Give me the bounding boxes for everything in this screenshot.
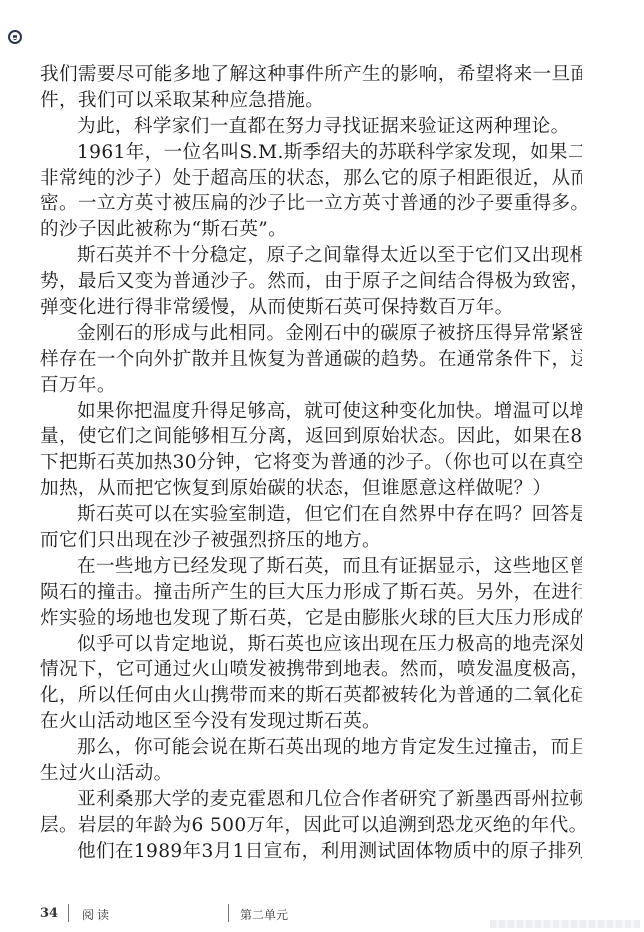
smiley-face-icon — [8, 30, 22, 44]
text-line: 量，使它们之间能够相互分离，返回到原始状态。因此，如果在850℃的温度 — [40, 424, 582, 450]
watermark-strip — [490, 920, 640, 928]
paragraph: 如果你把温度升得足够高，就可使这种变化加快。增温可以增加原子的能量，使它们之间能… — [40, 399, 582, 503]
paragraph: 1961年，一位名叫S.M.斯季绍夫的苏联科学家发现，如果二氧化硅（即非常纯的沙… — [40, 140, 582, 244]
page-number: 34 — [40, 906, 58, 921]
text-line: 生过火山活动。 — [40, 761, 582, 787]
footer-divider — [68, 904, 69, 922]
text-line: 而它们只出现在沙子被强烈挤压的地方。 — [40, 528, 582, 554]
text-line: 非常纯的沙子）处于超高压的状态，那么它的原子相距很近，从而变得极为致 — [40, 166, 582, 192]
text-line: 化，所以任何由火山携带而来的斯石英都被转化为普通的二氧化硅。事实上， — [40, 683, 582, 709]
paragraph: 我们需要尽可能多地了解这种事件所产生的影响，希望将来一旦面临这种事件，我们可以采… — [40, 62, 582, 114]
text-line: 在火山活动地区至今没有发现过斯石英。 — [40, 709, 582, 735]
text-line: 斯石英可以在实验室制造，但它们在自然界中存在吗？回答是肯定的。然 — [40, 502, 582, 528]
smiley-mouth — [13, 37, 17, 40]
text-line: 情况下，它可通过火山喷发被携带到地表。然而，喷发温度极高，岩石会被熔 — [40, 657, 582, 683]
paragraph: 他们在1989年3月1日宣布，利用测试固体物质中的原子排列的现代技 — [40, 839, 582, 865]
text-line: 我们需要尽可能多地了解这种事件所产生的影响，希望将来一旦面临这种事 — [40, 62, 582, 88]
text-line: 金刚石的形成与此相同。金刚石中的碳原子被挤压得异常紧密，它们同 — [40, 321, 582, 347]
text-line: 样存在一个向外扩散并且恢复为普通碳的趋势。在通常条件下，这也需要数 — [40, 347, 582, 373]
text-line: 陨石的撞击。撞击所产生的巨大压力形成了斯石英。另外，在进行过原子弹爆 — [40, 580, 582, 606]
text-line: 亚利桑那大学的麦克霍恩和几位合作者研究了新墨西哥州拉顿地区的岩 — [40, 787, 582, 813]
paragraph: 亚利桑那大学的麦克霍恩和几位合作者研究了新墨西哥州拉顿地区的岩层。岩层的年龄为6… — [40, 787, 582, 839]
footer-section-label: 阅读 — [82, 906, 112, 923]
text-line: 的沙子因此被称为“斯石英”。 — [40, 217, 582, 243]
text-line: 在一些地方已经发现了斯石英，而且有证据显示，这些地区曾经受到巨大 — [40, 554, 582, 580]
text-line: 件，我们可以采取某种应急措施。 — [40, 88, 582, 114]
text-line: 百万年。 — [40, 373, 582, 399]
footer-unit-label: 第二单元 — [240, 906, 288, 923]
text-line: 势，最后又变为普通沙子。然而，由于原子之间结合得极为致密，所以这种反 — [40, 269, 582, 295]
paragraph: 那么，你可能会说在斯石英出现的地方肯定发生过撞击，而且肯定没有发生过火山活动。 — [40, 735, 582, 787]
page-body: 我们需要尽可能多地了解这种事件所产生的影响，希望将来一旦面临这种事件，我们可以采… — [40, 62, 582, 865]
text-line: 斯石英并不十分稳定，原子之间靠得太近以至于它们又出现相互排斥的趋 — [40, 243, 582, 269]
paragraph: 斯石英可以在实验室制造，但它们在自然界中存在吗？回答是肯定的。然而它们只出现在沙… — [40, 502, 582, 554]
text-line: 弹变化进行得非常缓慢，从而使斯石英可保持数百万年。 — [40, 295, 582, 321]
text-line: 密。一立方英寸被压扁的沙子比一立方英寸普通的沙子要重得多。这种被压扁 — [40, 191, 582, 217]
text-line: 如果你把温度升得足够高，就可使这种变化加快。增温可以增加原子的能 — [40, 399, 582, 425]
text-line: 那么，你可能会说在斯石英出现的地方肯定发生过撞击，而且肯定没有发 — [40, 735, 582, 761]
text-line: 下把斯石英加热30分钟，它将变为普通的沙子。（你也可以在真空中对金刚石 — [40, 450, 582, 476]
text-line: 1961年，一位名叫S.M.斯季绍夫的苏联科学家发现，如果二氧化硅（即 — [40, 140, 582, 166]
text-line: 加热，从而把它恢复到原始碳的状态，但谁愿意这样做呢？） — [40, 476, 582, 502]
paragraph: 斯石英并不十分稳定，原子之间靠得太近以至于它们又出现相互排斥的趋势，最后又变为普… — [40, 243, 582, 321]
text-line: 他们在1989年3月1日宣布，利用测试固体物质中的原子排列的现代技 — [40, 839, 582, 865]
text-line: 炸实验的场地也发现了斯石英，它是由膨胀火球的巨大压力形成的。 — [40, 606, 582, 632]
text-line: 层。岩层的年龄为6 500万年，因此可以追溯到恐龙灭绝的年代。 — [40, 813, 582, 839]
text-line: 似乎可以肯定地说，斯石英也应该出现在压力极高的地壳深处。在这种 — [40, 632, 582, 658]
text-line: 为此，科学家们一直都在努力寻找证据来验证这两种理论。 — [40, 114, 582, 140]
paragraph: 为此，科学家们一直都在努力寻找证据来验证这两种理论。 — [40, 114, 582, 140]
paragraph: 金刚石的形成与此相同。金刚石中的碳原子被挤压得异常紧密，它们同样存在一个向外扩散… — [40, 321, 582, 399]
paragraph: 在一些地方已经发现了斯石英，而且有证据显示，这些地区曾经受到巨大陨石的撞击。撞击… — [40, 554, 582, 632]
footer-divider — [228, 904, 229, 922]
paragraph: 似乎可以肯定地说，斯石英也应该出现在压力极高的地壳深处。在这种情况下，它可通过火… — [40, 632, 582, 736]
